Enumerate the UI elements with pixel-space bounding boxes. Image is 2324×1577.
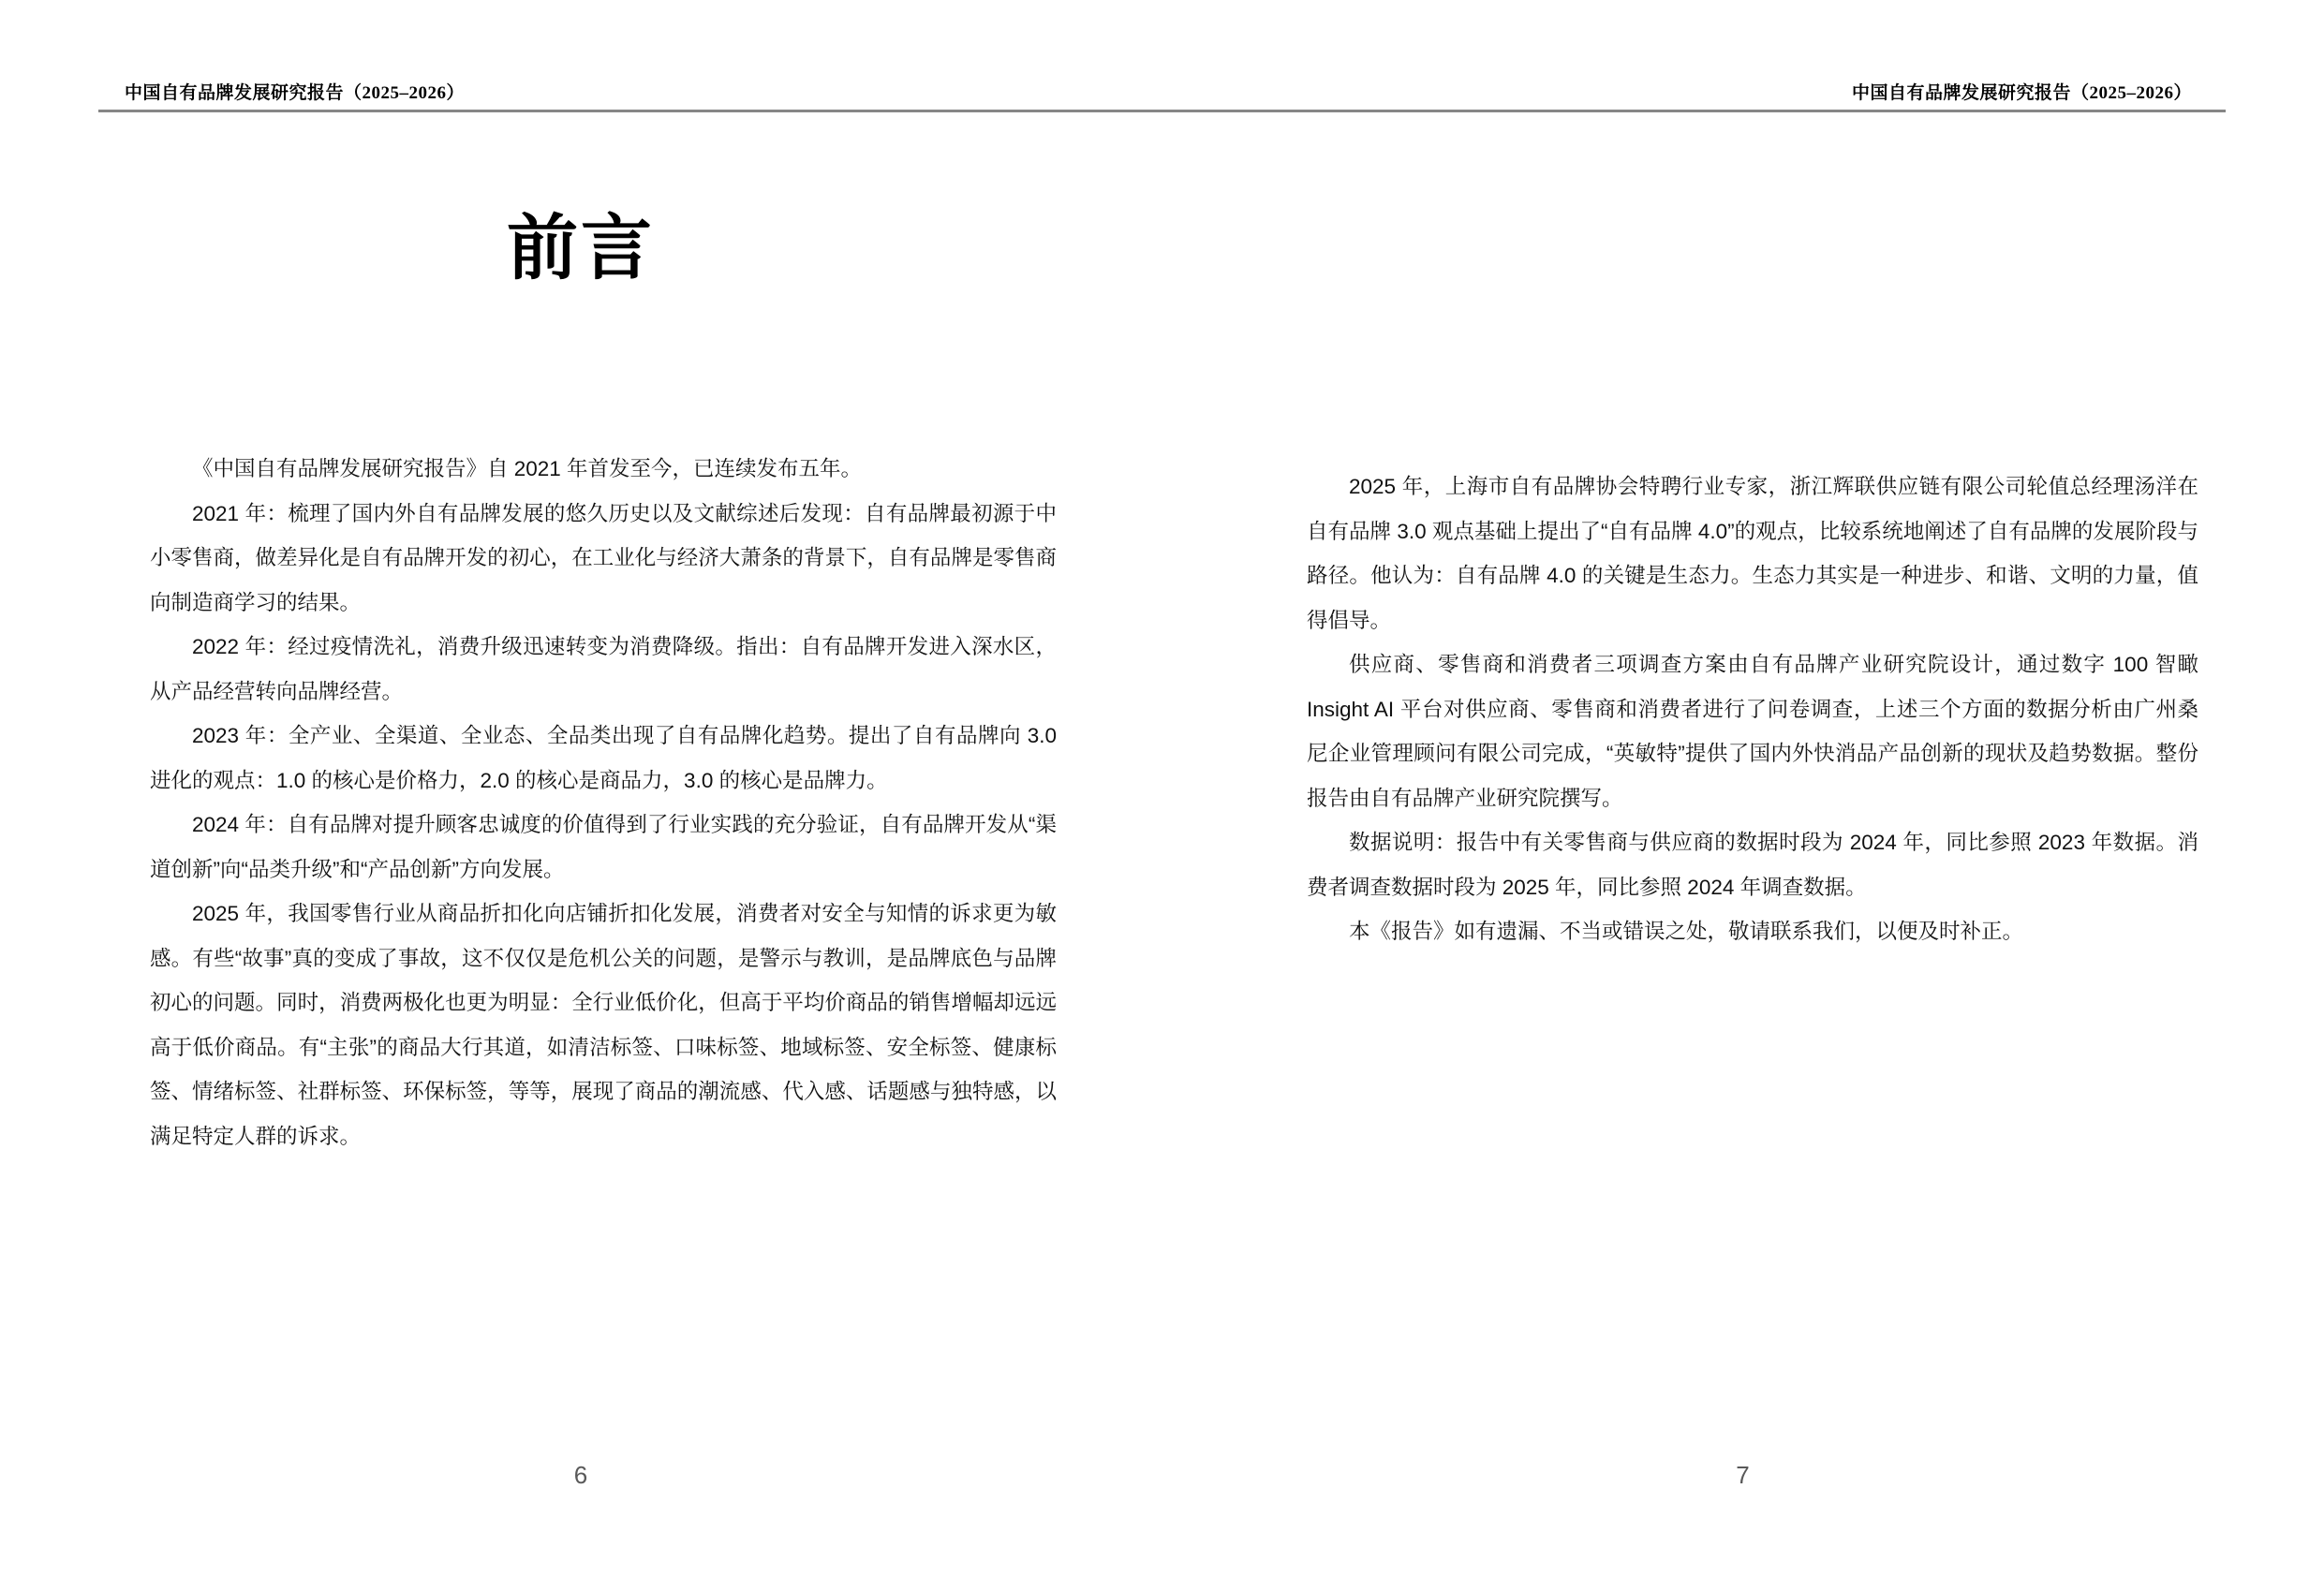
paragraph: 数据说明：报告中有关零售商与供应商的数据时段为 2024 年，同比参照 2023… [1307,820,2198,909]
paragraph: 2025 年，上海市自有品牌协会特聘行业专家，浙江辉联供应链有限公司轮值总经理汤… [1307,464,2198,642]
left-page-body: 《中国自有品牌发展研究报告》自 2021 年首发至今，已连续发布五年。 2021… [150,447,1057,1158]
paragraph: 本《报告》如有遗漏、不当或错误之处，敬请联系我们，以便及时补正。 [1307,909,2198,954]
page-number: 6 [0,1461,1162,1490]
paragraph: 2021 年：梳理了国内外自有品牌发展的悠久历史以及文献综述后发现：自有品牌最初… [150,492,1057,626]
running-header-right: 中国自有品牌发展研究报告（2025–2026） [1852,79,2192,104]
paragraph: 2022 年：经过疫情洗礼，消费升级迅速转变为消费降级。指出：自有品牌开发进入深… [150,625,1057,714]
running-header-left: 中国自有品牌发展研究报告（2025–2026） [125,79,465,104]
header-rule-left [98,110,1162,112]
right-page-body: 2025 年，上海市自有品牌协会特聘行业专家，浙江辉联供应链有限公司轮值总经理汤… [1307,464,2198,954]
header-rule-right [1162,110,2226,112]
paragraph: 《中国自有品牌发展研究报告》自 2021 年首发至今，已连续发布五年。 [150,447,1057,492]
page-number: 7 [1162,1461,2324,1490]
paragraph: 2024 年：自有品牌对提升顾客忠诚度的价值得到了行业实践的充分验证，自有品牌开… [150,803,1057,892]
right-page: 中国自有品牌发展研究报告（2025–2026） 2025 年，上海市自有品牌协会… [1162,0,2324,1577]
left-page: 中国自有品牌发展研究报告（2025–2026） 前言 《中国自有品牌发展研究报告… [0,0,1162,1577]
paragraph: 2025 年，我国零售行业从商品折扣化向店铺折扣化发展，消费者对安全与知情的诉求… [150,892,1057,1158]
paragraph: 2023 年：全产业、全渠道、全业态、全品类出现了自有品牌化趋势。提出了自有品牌… [150,714,1057,803]
chapter-title: 前言 [0,214,1162,285]
paragraph: 供应商、零售商和消费者三项调查方案由自有品牌产业研究院设计，通过数字 100 智… [1307,642,2198,820]
